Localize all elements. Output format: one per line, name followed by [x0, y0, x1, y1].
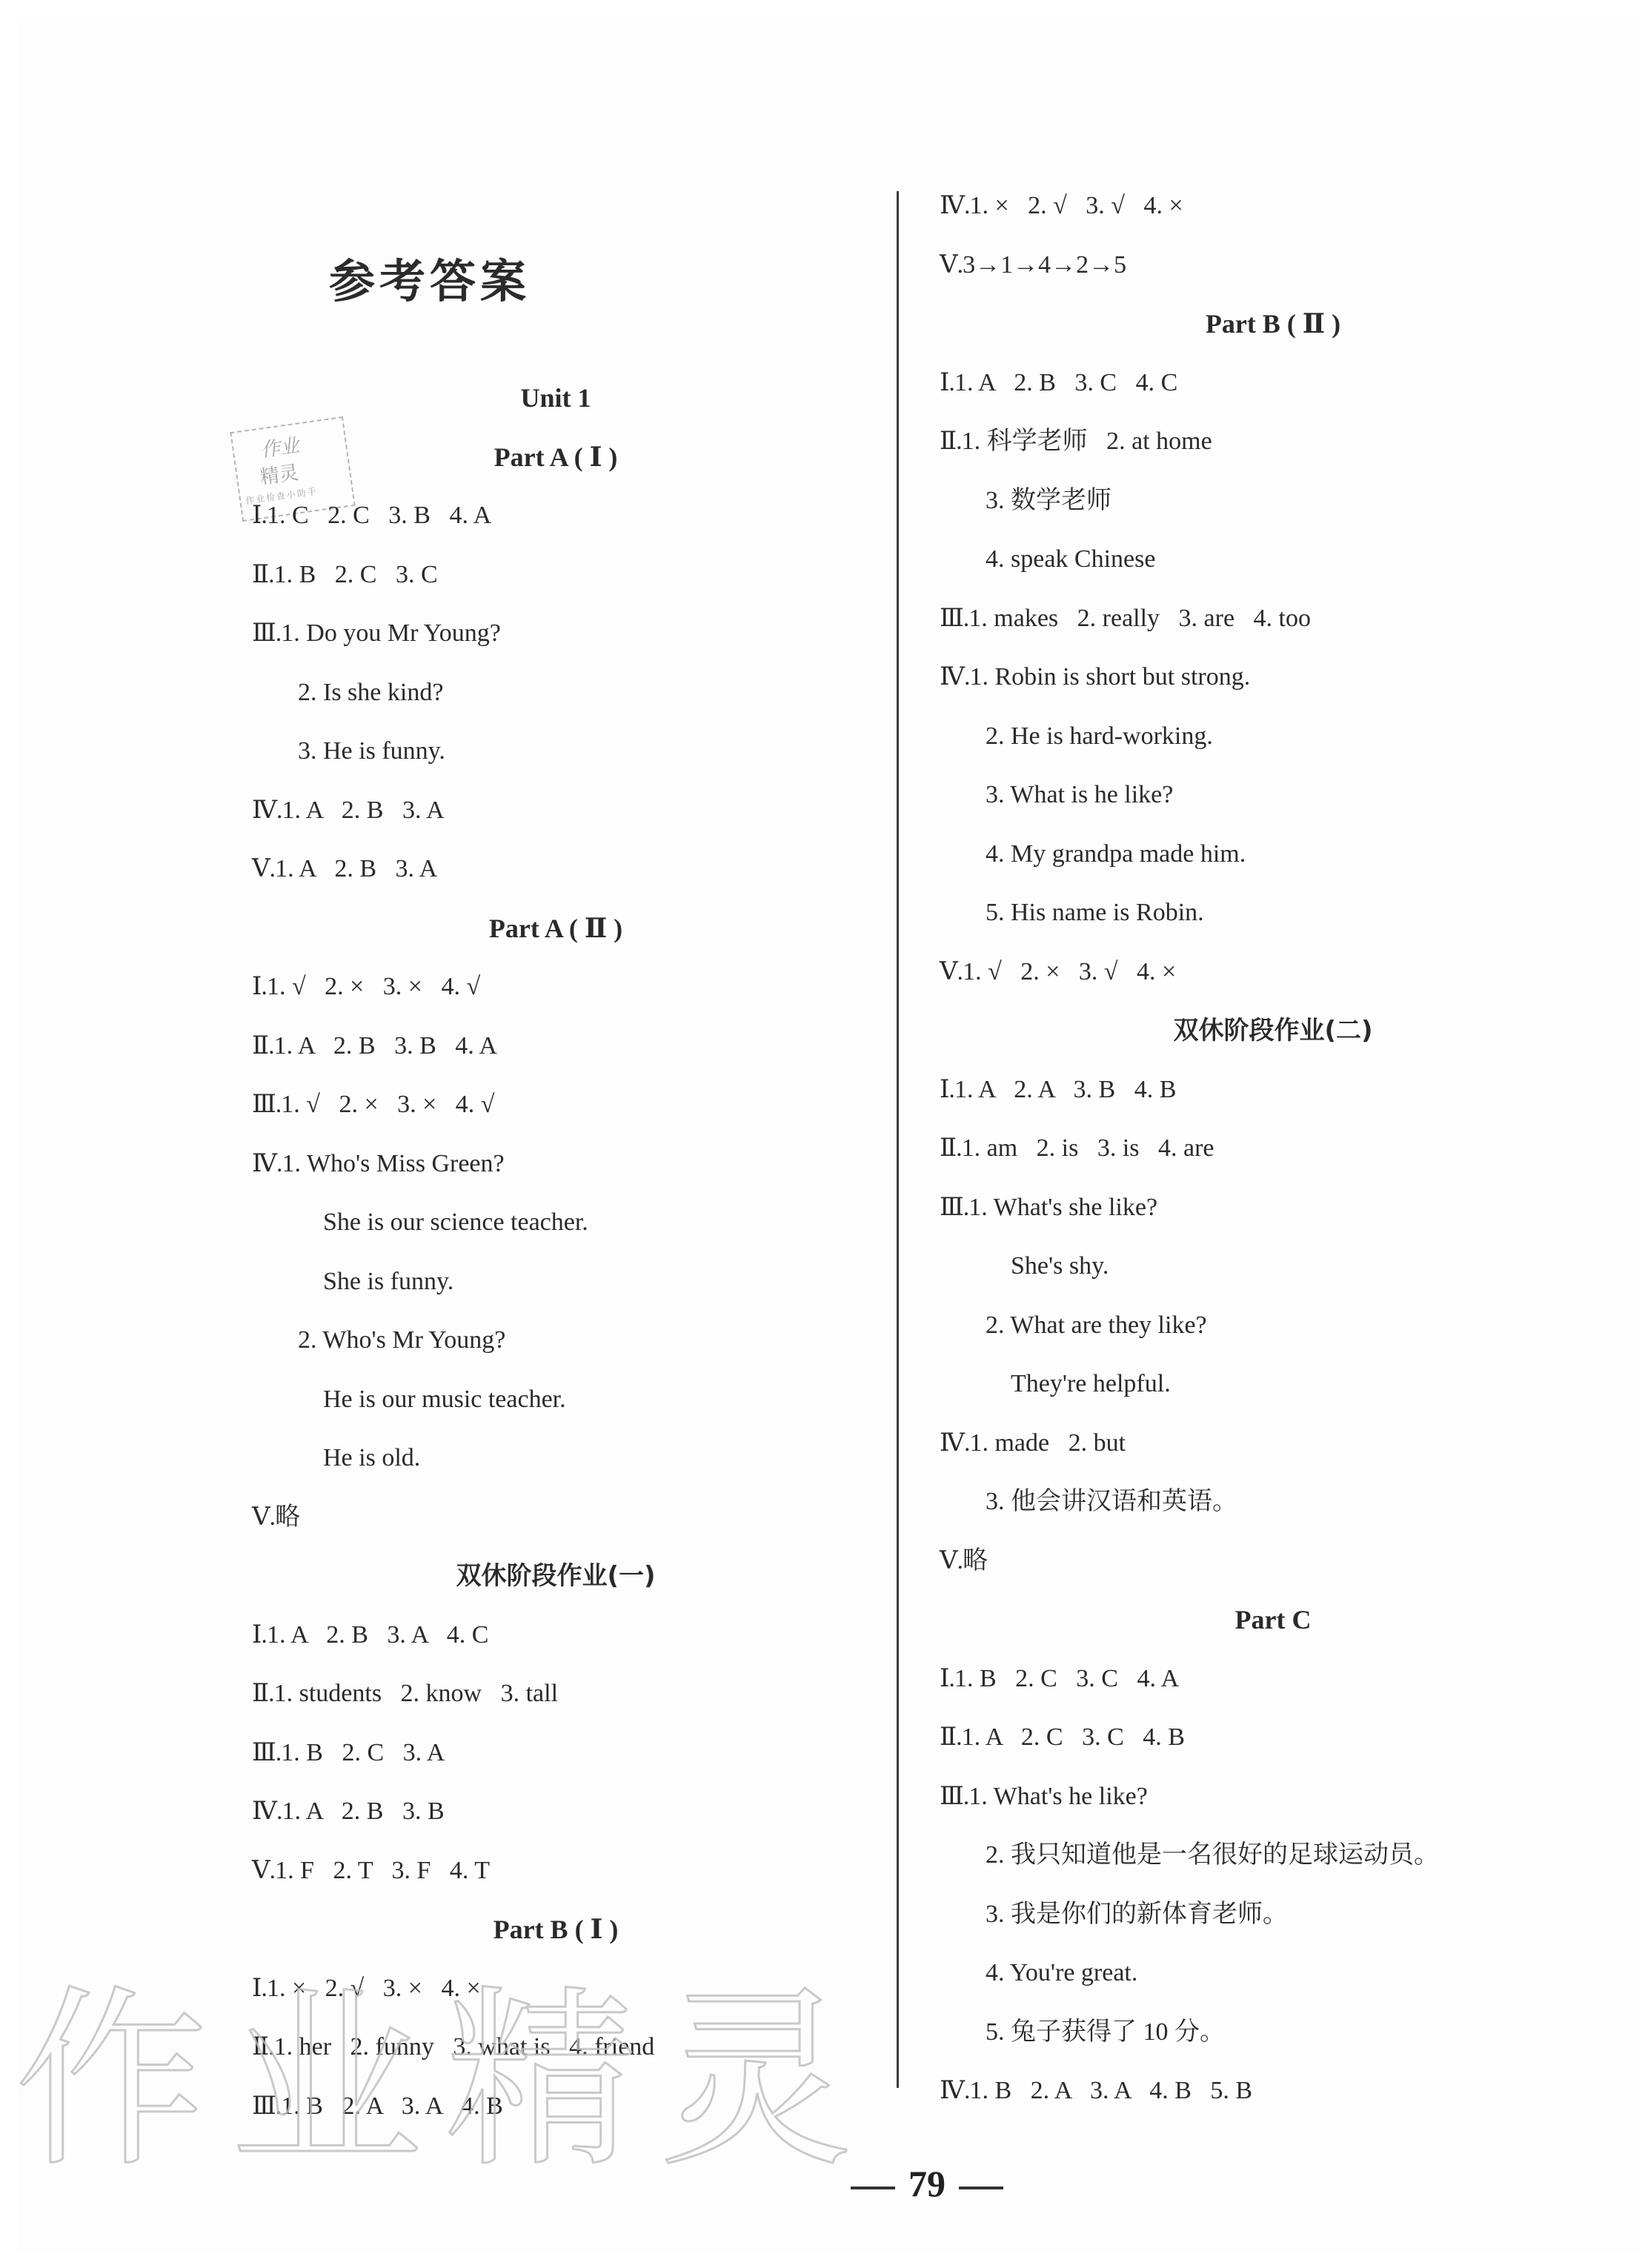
question-number: Ⅰ. [940, 369, 954, 396]
question-number: Ⅴ. [252, 855, 275, 882]
answer-text: 1. Robin is short but strong. [969, 663, 1250, 691]
answer-line: Ⅲ.1. What's she like? [940, 1178, 1157, 1237]
answer-continuation: 4. You're great. [986, 1943, 1137, 2003]
answer-continuation: She is funny. [323, 1252, 453, 1311]
section-header: 双休阶段作业(一) [252, 1546, 860, 1606]
page-number: 79 [837, 2162, 1017, 2205]
question-number: Ⅰ. [940, 1665, 954, 1692]
answer-line: Ⅰ.1. × 2. √ 3. × 4. × [252, 1959, 481, 2018]
answer-text: 1. made 2. but [969, 1429, 1126, 1457]
answer-continuation: 4. My grandpa made him. [986, 825, 1246, 884]
answer-text: 1. A 2. C 3. C 4. B [962, 1723, 1185, 1751]
answer-line: Ⅲ.1. B 2. C 3. A [252, 1723, 445, 1783]
answer-text: 1. A 2. B 3. B [282, 1798, 444, 1825]
question-number: Ⅱ. [940, 1134, 962, 1162]
answer-text: 略 [275, 1503, 300, 1531]
column-divider [897, 191, 899, 2088]
answer-text: 1. makes 2. really 3. are 4. too [968, 605, 1311, 632]
answer-text: 1. C 2. C 3. B 4. A [267, 502, 491, 529]
section-header: Unit 1 [252, 368, 860, 428]
question-number: Ⅴ. [940, 958, 963, 985]
answer-line: Ⅴ.3→1→4→2→5 [940, 236, 1126, 295]
section-header: 双休阶段作业(二) [940, 1001, 1606, 1060]
answer-text: 1. What's he like? [968, 1783, 1148, 1810]
answer-text: 1. Who's Miss Green? [282, 1150, 504, 1177]
question-number: Ⅱ. [940, 1723, 962, 1751]
answer-text: 1. A 2. B 3. C 4. C [954, 369, 1177, 396]
answer-text: 1. √ 2. × 3. √ 4. × [963, 958, 1176, 985]
answer-continuation: 5. His name is Robin. [986, 883, 1204, 942]
question-number: Ⅲ. [940, 1783, 968, 1810]
question-number: Ⅲ. [252, 619, 281, 647]
answer-line: Ⅱ.1. B 2. C 3. C [252, 545, 438, 605]
answer-line: Ⅰ.1. C 2. C 3. B 4. A [252, 486, 491, 545]
answer-text: 1. √ 2. × 3. × 4. √ [267, 973, 480, 1000]
answer-text: 1. What's she like? [968, 1194, 1157, 1221]
answer-line: Ⅲ.1. √ 2. × 3. × 4. √ [252, 1075, 494, 1134]
question-number: Ⅱ. [252, 1032, 274, 1060]
answer-text: 1. A 2. B 3. A [275, 855, 437, 882]
answer-text: 1. Do you Mr Young? [281, 619, 501, 647]
answer-line: Ⅱ.1. students 2. know 3. tall [252, 1664, 558, 1723]
answer-text: 1. am 2. is 3. is 4. are [962, 1134, 1214, 1162]
question-number: Ⅳ. [940, 2077, 969, 2104]
question-number: Ⅳ. [252, 797, 282, 824]
answer-continuation: 2. Who's Mr Young? [298, 1311, 505, 1370]
answer-line: Ⅳ.1. Who's Miss Green? [252, 1134, 505, 1194]
answer-line: Ⅳ.1. made 2. but [940, 1414, 1126, 1473]
question-number: Ⅰ. [940, 1076, 954, 1103]
question-number: Ⅳ. [940, 663, 969, 691]
answer-text: 1. × 2. √ 3. √ 4. × [969, 192, 1183, 219]
answer-line: Ⅱ.1. 科学老师 2. at home [940, 412, 1212, 471]
answer-continuation: 4. speak Chinese [986, 530, 1155, 589]
section-header: Part C [940, 1590, 1606, 1649]
question-number: Ⅳ. [940, 192, 969, 219]
section-header: Part A ( Ⅰ ) [252, 428, 860, 487]
answer-line: Ⅴ.1. √ 2. × 3. √ 4. × [940, 942, 1176, 1002]
question-number: Ⅳ. [252, 1798, 282, 1825]
page-number-value: 79 [908, 2163, 946, 2204]
answer-line: Ⅲ.1. What's he like? [940, 1767, 1148, 1826]
section-header: Part B ( Ⅱ ) [940, 294, 1606, 353]
answer-continuation: 5. 兔子获得了 10 分。 [986, 2003, 1225, 2062]
answer-line: Ⅰ.1. A 2. B 3. A 4. C [252, 1606, 488, 1665]
answer-continuation: 3. 他会讲汉语和英语。 [986, 1472, 1237, 1532]
answer-line: Ⅱ.1. A 2. B 3. B 4. A [252, 1017, 497, 1076]
answer-line: Ⅰ.1. B 2. C 3. C 4. A [940, 1649, 1179, 1709]
question-number: Ⅳ. [940, 1429, 969, 1457]
answer-continuation: 3. He is funny. [298, 722, 445, 781]
answer-text: 1. B 2. A 3. A 4. B 5. B [969, 2077, 1252, 2104]
answer-text: 1. B 2. C 3. A [281, 1739, 445, 1766]
answer-line: Ⅰ.1. A 2. B 3. C 4. C [940, 353, 1177, 413]
question-number: Ⅲ. [252, 1091, 281, 1118]
question-number: Ⅱ. [252, 1680, 274, 1707]
question-number: Ⅴ. [252, 1857, 275, 1884]
answer-text: 1. F 2. T 3. F 4. T [275, 1857, 490, 1884]
answer-text: 1. B 2. C 3. C [274, 561, 438, 588]
answer-line: Ⅳ.1. Robin is short but strong. [940, 648, 1250, 707]
section-header: Part A ( Ⅱ ) [252, 899, 860, 958]
page-title: 参考答案 [0, 245, 860, 310]
question-number: Ⅲ. [252, 2092, 281, 2120]
answer-text: 1. × 2. √ 3. × 4. × [267, 1975, 481, 2002]
answer-continuation: 2. He is hard-working. [986, 707, 1213, 766]
answer-continuation: He is our music teacher. [323, 1370, 566, 1429]
answer-text: 1. students 2. know 3. tall [274, 1680, 558, 1707]
answer-line: Ⅰ.1. A 2. A 3. B 4. B [940, 1060, 1176, 1120]
answer-text: 1. √ 2. × 3. × 4. √ [281, 1091, 494, 1118]
answer-continuation: She is our science teacher. [323, 1193, 588, 1252]
question-number: Ⅰ. [252, 502, 267, 529]
answer-text: 1. 科学老师 2. at home [962, 428, 1212, 455]
section-header: Part B ( Ⅰ ) [252, 1900, 860, 1959]
answer-text: 1. B 2. A 3. A 4. B [281, 2092, 502, 2120]
answer-line: Ⅴ.略 [252, 1488, 300, 1547]
question-number: Ⅲ. [940, 605, 968, 632]
answer-line: Ⅱ.1. am 2. is 3. is 4. are [940, 1119, 1214, 1178]
answer-line: Ⅳ.1. A 2. B 3. B [252, 1782, 445, 1841]
answer-text: 1. B 2. C 3. C 4. A [954, 1665, 1179, 1692]
answer-continuation: He is old. [323, 1429, 420, 1488]
answer-continuation: 2. Is she kind? [298, 663, 443, 722]
question-number: Ⅳ. [252, 1150, 282, 1177]
answer-text: 1. A 2. B 3. A [282, 797, 444, 824]
question-number: Ⅰ. [252, 973, 267, 1000]
answer-continuation: 2. What are they like? [986, 1296, 1207, 1355]
answer-continuation: 2. 我只知道他是一名很好的足球运动员。 [986, 1826, 1439, 1885]
answer-continuation: 3. What is he like? [986, 765, 1173, 825]
answer-line: Ⅲ.1. Do you Mr Young? [252, 604, 501, 663]
answer-line: Ⅲ.1. B 2. A 3. A 4. B [252, 2077, 503, 2136]
answer-text: 1. A 2. B 3. B 4. A [274, 1032, 497, 1060]
answer-line: Ⅱ.1. her 2. funny 3. what is 4. friend [252, 2018, 654, 2077]
answer-text: 1. her 2. funny 3. what is 4. friend [274, 2033, 655, 2061]
answer-line: Ⅳ.1. × 2. √ 3. √ 4. × [940, 176, 1183, 236]
question-number: Ⅴ. [940, 1547, 963, 1574]
answer-continuation: 3. 数学老师 [986, 471, 1111, 531]
question-number: Ⅲ. [940, 1194, 968, 1221]
answer-line: Ⅳ.1. A 2. B 3. A [252, 781, 445, 840]
dash-left [851, 2186, 895, 2189]
answer-line: Ⅴ.1. A 2. B 3. A [252, 839, 437, 899]
answer-line: Ⅰ.1. √ 2. × 3. × 4. √ [252, 957, 480, 1017]
answer-text: 略 [963, 1547, 988, 1574]
answer-line: Ⅲ.1. makes 2. really 3. are 4. too [940, 589, 1311, 648]
dash-right [959, 2186, 1003, 2189]
question-number: Ⅱ. [252, 2033, 274, 2061]
answer-continuation: 3. 我是你们的新体育老师。 [986, 1885, 1288, 1944]
answer-text: 3→1→4→2→5 [963, 251, 1126, 279]
answer-line: Ⅱ.1. A 2. C 3. C 4. B [940, 1708, 1185, 1767]
question-number: Ⅰ. [252, 1621, 267, 1649]
answer-text: 1. A 2. B 3. A 4. C [267, 1621, 488, 1649]
answer-line: Ⅳ.1. B 2. A 3. A 4. B 5. B [940, 2061, 1252, 2121]
answer-line: Ⅴ.略 [940, 1532, 988, 1591]
answer-continuation: She's shy. [1011, 1237, 1109, 1296]
question-number: Ⅰ. [252, 1975, 267, 2002]
answer-text: 1. A 2. A 3. B 4. B [954, 1076, 1176, 1103]
question-number: Ⅴ. [252, 1503, 275, 1531]
question-number: Ⅱ. [940, 428, 962, 455]
question-number: Ⅴ. [940, 251, 963, 279]
answer-line: Ⅴ.1. F 2. T 3. F 4. T [252, 1841, 490, 1900]
question-number: Ⅲ. [252, 1739, 281, 1766]
answer-continuation: They're helpful. [1011, 1354, 1171, 1414]
question-number: Ⅱ. [252, 561, 274, 588]
